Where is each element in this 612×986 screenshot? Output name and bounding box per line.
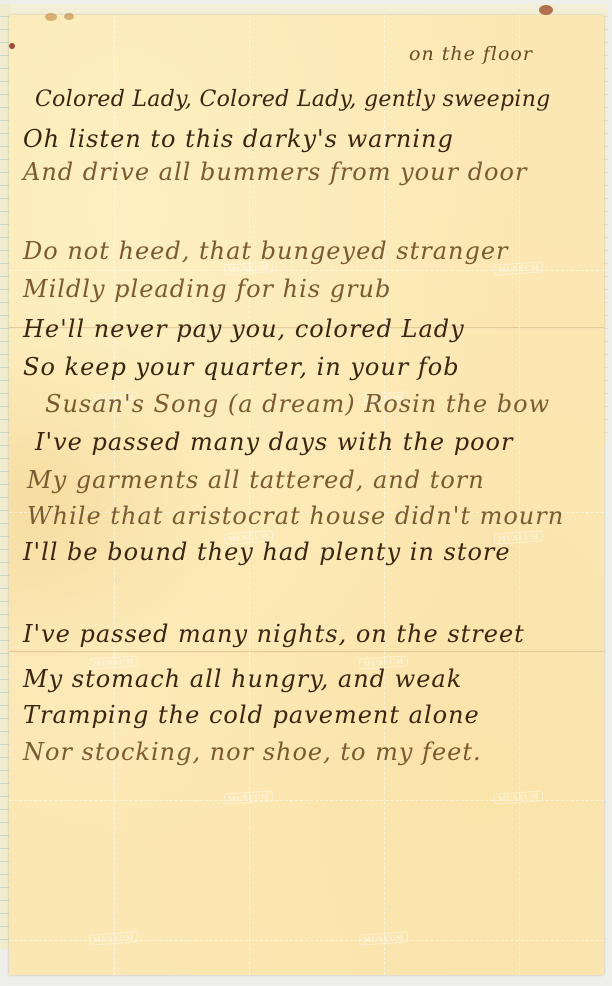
poem-line: Mildly pleading for his grub bbox=[23, 275, 391, 303]
poem-line: Tramping the cold pavement alone bbox=[23, 701, 480, 729]
poem-line: My garments all tattered, and torn bbox=[27, 466, 485, 494]
poem-line: I've passed many nights, on the street bbox=[23, 620, 525, 648]
poem-line: And drive all bummers from your door bbox=[23, 158, 527, 186]
poem-line: My stomach all hungry, and weak bbox=[23, 665, 462, 693]
poem: on the floor Colored Lady, Colored Lady,… bbox=[9, 15, 604, 975]
letter-page: MUSEUM MUSEUM MUSEUM MUSEUM MUSEUM MUSEU… bbox=[9, 15, 604, 975]
poem-line: I'll be bound they had plenty in store bbox=[23, 538, 511, 566]
poem-line: Nor stocking, nor shoe, to my feet. bbox=[23, 738, 482, 766]
margin-note: on the floor bbox=[409, 43, 533, 65]
poem-line: Colored Lady, Colored Lady, gently sweep… bbox=[35, 87, 551, 112]
poem-line: While that aristocrat house didn't mourn bbox=[27, 502, 564, 530]
song-title-line: Susan's Song (a dream) Rosin the bow bbox=[45, 390, 550, 418]
poem-line: He'll never pay you, colored Lady bbox=[23, 315, 465, 343]
poem-line: Oh listen to this darky's warning bbox=[23, 125, 454, 153]
poem-line: I've passed many days with the poor bbox=[35, 428, 513, 456]
ink-stain bbox=[539, 5, 553, 15]
poem-line: Do not heed, that bungeyed stranger bbox=[23, 237, 509, 265]
poem-line: So keep your quarter, in your fob bbox=[23, 353, 460, 381]
